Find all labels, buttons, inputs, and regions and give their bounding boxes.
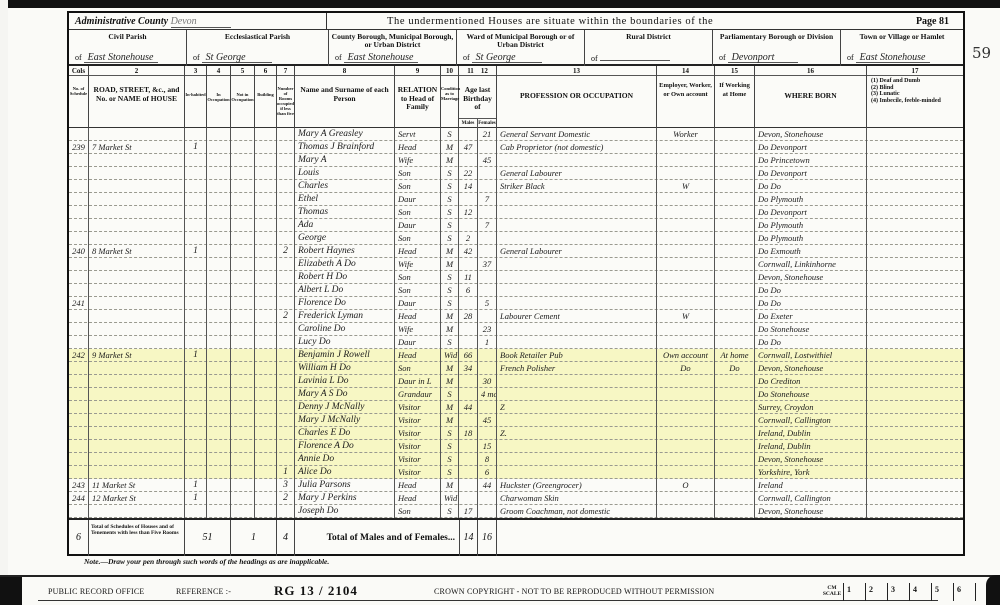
division-value: East Stonehouse xyxy=(84,54,158,63)
address: 8 Market St xyxy=(89,245,185,258)
col-label: Name and Surname of each Person xyxy=(295,76,394,103)
rooms-count xyxy=(277,154,295,167)
rooms-count: 2 xyxy=(277,245,295,258)
inhabited-count xyxy=(185,206,207,219)
uninhabited-unoccupied xyxy=(231,232,255,245)
address xyxy=(89,375,185,388)
marital-condition: S xyxy=(441,453,459,466)
marital-condition: Wid xyxy=(441,492,459,505)
birthplace: Devon, Stonehouse xyxy=(755,362,867,375)
marital-condition: S xyxy=(441,284,459,297)
address xyxy=(89,440,185,453)
working-at-home xyxy=(715,388,755,401)
employment-status: W xyxy=(657,310,715,323)
of-label: of xyxy=(847,53,854,62)
birthplace: Ireland, Dublin xyxy=(755,427,867,440)
division-value: East Stonehouse xyxy=(856,54,930,63)
age-female xyxy=(478,401,497,414)
occupation: Cab Proprietor (not domestic) xyxy=(497,141,657,154)
col-number-females: 12 xyxy=(481,67,488,75)
col-occupation: 13PROFESSION OR OCCUPATION xyxy=(497,66,657,128)
age-male xyxy=(459,479,478,492)
age-female: 45 xyxy=(478,414,497,427)
building xyxy=(255,349,277,362)
col-number: 14 xyxy=(657,66,714,76)
census-entry-row: LouisSonS22General LabourerDo Devonport xyxy=(69,167,963,180)
relation: Head xyxy=(395,479,441,492)
age-male xyxy=(459,440,478,453)
marital-condition: S xyxy=(441,193,459,206)
col-relation: 9RELATION to Head of Family xyxy=(395,66,441,128)
scale-mark: 4 xyxy=(909,583,931,601)
rooms-count xyxy=(277,258,295,271)
schedule-number xyxy=(69,388,89,401)
age-female: 8 xyxy=(478,453,497,466)
birthplace: Cornwall, Lostwithiel xyxy=(755,349,867,362)
infirmity xyxy=(867,336,963,349)
census-entry-row: Lavinia L DoDaur in LM30Do Crediton xyxy=(69,375,963,388)
total-schedules-label: Total of Schedules of Houses and of Tene… xyxy=(89,520,185,556)
address xyxy=(89,284,185,297)
age-male xyxy=(459,219,478,232)
age-male xyxy=(459,375,478,388)
headings-note: Note.—Draw your pen through such words o… xyxy=(84,557,329,566)
census-entry-row: Mary J McNallyVisitorM45Cornwall, Callin… xyxy=(69,414,963,427)
infirmity xyxy=(867,167,963,180)
building xyxy=(255,427,277,440)
address xyxy=(89,323,185,336)
marital-condition: S xyxy=(441,440,459,453)
schedule-number xyxy=(69,206,89,219)
uninhabited-occupied xyxy=(207,492,231,505)
working-at-home xyxy=(715,232,755,245)
col-number: 6 xyxy=(255,66,276,76)
schedule-number xyxy=(69,180,89,193)
marital-condition: S xyxy=(441,180,459,193)
infirmity xyxy=(867,362,963,375)
birthplace: Do Do xyxy=(755,336,867,349)
person-name: William H Do xyxy=(295,362,395,375)
relation: Visitor xyxy=(395,453,441,466)
occupation xyxy=(497,323,657,336)
schedule-number xyxy=(69,466,89,479)
col-label: Age last Birthday of xyxy=(459,76,496,112)
marital-condition: S xyxy=(441,336,459,349)
age-female: 6 xyxy=(478,466,497,479)
age-male xyxy=(459,414,478,427)
building xyxy=(255,453,277,466)
census-entry-row: Mary A GreasleyServtS21General Servant D… xyxy=(69,128,963,141)
employment-status xyxy=(657,375,715,388)
schedule-number xyxy=(69,401,89,414)
person-name: Robert Haynes xyxy=(295,245,395,258)
occupation xyxy=(497,388,657,401)
age-female xyxy=(478,232,497,245)
birthplace: Do Do xyxy=(755,180,867,193)
census-entry-row: Caroline DoWifeM23Do Stonehouse xyxy=(69,323,963,336)
birthplace: Do Stonehouse xyxy=(755,388,867,401)
building xyxy=(255,297,277,310)
person-name: Ethel xyxy=(295,193,395,206)
building xyxy=(255,505,277,518)
division-value: St George xyxy=(472,54,542,63)
col-number: 4 xyxy=(207,66,230,76)
division-title: Parliamentary Borough or Division xyxy=(720,32,833,41)
address: 12 Market St xyxy=(89,492,185,505)
birthplace: Cornwall, Linkinhorne xyxy=(755,258,867,271)
building xyxy=(255,375,277,388)
scale-mark: 2 xyxy=(865,583,887,601)
marital-condition: M xyxy=(441,323,459,336)
division-value: Devonport xyxy=(728,54,798,63)
schedule-number xyxy=(69,258,89,271)
relation: Son xyxy=(395,167,441,180)
cm-scale-label: CM SCALE xyxy=(821,583,843,601)
occupation xyxy=(497,284,657,297)
person-name: Thomas J Brainford xyxy=(295,141,395,154)
inhabited-count xyxy=(185,180,207,193)
address: 9 Market St xyxy=(89,349,185,362)
inhabited-count xyxy=(185,232,207,245)
division-county-borough: County Borough, Municipal Borough, or Ur… xyxy=(329,30,457,66)
employment-status xyxy=(657,232,715,245)
uninhabited-unoccupied xyxy=(231,362,255,375)
col-number: 10 xyxy=(441,66,458,76)
scale-mark: 6 xyxy=(953,583,975,601)
employment-status xyxy=(657,297,715,310)
building xyxy=(255,323,277,336)
infirmity-item: (4) Imbecile, feeble-minded xyxy=(871,98,959,105)
inhabited-count: 1 xyxy=(185,245,207,258)
census-sheet: Administrative County Devon The undermen… xyxy=(67,11,965,556)
employment-status xyxy=(657,336,715,349)
col-number: 5 xyxy=(231,66,254,76)
marital-condition: M xyxy=(441,258,459,271)
division-civil-parish: Civil Parish of East Stonehouse xyxy=(69,30,187,66)
col-rooms: 7Number of Rooms occupied if less than f… xyxy=(277,66,295,128)
infirmity xyxy=(867,388,963,401)
age-male: 17 xyxy=(459,505,478,518)
col-label: In Occupation xyxy=(207,76,230,102)
inhabited-count xyxy=(185,310,207,323)
person-name: Lavinia L Do xyxy=(295,375,395,388)
uninhabited-unoccupied xyxy=(231,297,255,310)
age-female: 44 xyxy=(478,479,497,492)
schedule-number xyxy=(69,453,89,466)
working-at-home xyxy=(715,310,755,323)
relation: Son xyxy=(395,271,441,284)
working-at-home xyxy=(715,193,755,206)
person-name: Caroline Do xyxy=(295,323,395,336)
rooms-count xyxy=(277,440,295,453)
age-female: 21 xyxy=(478,128,497,141)
reference-label: REFERENCE :- xyxy=(176,587,231,596)
age-male: 6 xyxy=(459,284,478,297)
age-female xyxy=(478,492,497,505)
birthplace: Do Do xyxy=(755,284,867,297)
schedule-number xyxy=(69,414,89,427)
relation: Visitor xyxy=(395,466,441,479)
col-age: 11 12 Age last Birthday of MalesFemales xyxy=(459,66,497,128)
address xyxy=(89,466,185,479)
infirmity xyxy=(867,271,963,284)
rooms-count: 2 xyxy=(277,492,295,505)
census-entry-row: Lucy DoDaurS1Do Do xyxy=(69,336,963,349)
rooms-count xyxy=(277,505,295,518)
working-at-home xyxy=(715,219,755,232)
col-label: Building xyxy=(255,76,276,97)
person-name: Mary J McNally xyxy=(295,414,395,427)
infirmity xyxy=(867,310,963,323)
building xyxy=(255,401,277,414)
marital-condition: S xyxy=(441,232,459,245)
total-inhabited: 51 xyxy=(185,520,231,556)
col-number: 17 xyxy=(867,66,963,76)
census-entry-row: Charles E DoVisitorS18Z.Ireland, Dublin xyxy=(69,427,963,440)
col-address: 2ROAD, STREET, &c., and No. or NAME of H… xyxy=(89,66,185,128)
rooms-count xyxy=(277,349,295,362)
division-title: County Borough, Municipal Borough, or Ur… xyxy=(332,32,454,49)
total-persons-label: Total of Males and of Females... xyxy=(295,520,459,556)
employment-status: W xyxy=(657,180,715,193)
occupation: Striker Black xyxy=(497,180,657,193)
inhabited-count xyxy=(185,505,207,518)
employment-status: Own account xyxy=(657,349,715,362)
building xyxy=(255,258,277,271)
col-label: PROFESSION OR OCCUPATION xyxy=(497,76,656,101)
relation: Son xyxy=(395,362,441,375)
uninhabited-unoccupied xyxy=(231,492,255,505)
age-female: 30 xyxy=(478,375,497,388)
age-male: 28 xyxy=(459,310,478,323)
age-female: 7 xyxy=(478,219,497,232)
rooms-count xyxy=(277,388,295,401)
census-entry-row: AdaDaurS7Do Plymouth xyxy=(69,219,963,232)
occupation xyxy=(497,414,657,427)
age-female: 5 xyxy=(478,297,497,310)
address xyxy=(89,336,185,349)
marital-condition: S xyxy=(441,128,459,141)
rooms-count xyxy=(277,180,295,193)
column-headers: ColsNo. of Schedule 2ROAD, STREET, &c., … xyxy=(69,66,963,128)
rooms-count xyxy=(277,427,295,440)
working-at-home xyxy=(715,323,755,336)
division-value: East Stonehouse xyxy=(344,54,418,63)
person-name: Albert L Do xyxy=(295,284,395,297)
col-at-home: 15If Working at Home xyxy=(715,66,755,128)
employment-status xyxy=(657,284,715,297)
birthplace: Do Plymouth xyxy=(755,193,867,206)
uninhabited-occupied xyxy=(207,258,231,271)
of-label: of xyxy=(335,53,342,62)
building xyxy=(255,336,277,349)
division-title: Ecclesiastical Parish xyxy=(225,32,290,41)
schedule-number xyxy=(69,375,89,388)
occupation: General Servant Domestic xyxy=(497,128,657,141)
occupation xyxy=(497,154,657,167)
age-female: 23 xyxy=(478,323,497,336)
age-female: 15 xyxy=(478,440,497,453)
inhabited-count xyxy=(185,323,207,336)
schedule-number xyxy=(69,440,89,453)
schedule-number xyxy=(69,310,89,323)
schedule-number xyxy=(69,128,89,141)
census-entry-row: 241Florence DoDaurS5Do Do xyxy=(69,297,963,310)
building xyxy=(255,362,277,375)
administrative-county: Administrative County Devon xyxy=(69,13,327,30)
building xyxy=(255,388,277,401)
person-name: Florence A Do xyxy=(295,440,395,453)
census-page: 59 Administrative County Devon The under… xyxy=(0,0,1000,605)
inhabited-count: 1 xyxy=(185,479,207,492)
marital-condition: S xyxy=(441,271,459,284)
person-name: Lucy Do xyxy=(295,336,395,349)
header-top-row: Administrative County Devon The undermen… xyxy=(69,13,963,30)
uninhabited-unoccupied xyxy=(231,206,255,219)
infirmity-list: (1) Deaf and Dumb (2) Blind (3) Lunatic … xyxy=(867,76,963,106)
age-female xyxy=(478,284,497,297)
uninhabited-occupied xyxy=(207,180,231,193)
schedule-number xyxy=(69,167,89,180)
infirmity xyxy=(867,245,963,258)
person-name: Thomas xyxy=(295,206,395,219)
uninhabited-occupied xyxy=(207,193,231,206)
rooms-count xyxy=(277,414,295,427)
of-label: of xyxy=(463,53,470,62)
age-male xyxy=(459,492,478,505)
division-title: Town or Village or Hamlet xyxy=(860,32,945,41)
building xyxy=(255,128,277,141)
occupation: General Labourer xyxy=(497,245,657,258)
employment-status xyxy=(657,206,715,219)
census-entry-row: ThomasSonS12Do Devonport xyxy=(69,206,963,219)
schedule-number xyxy=(69,232,89,245)
age-male: 42 xyxy=(459,245,478,258)
relation: Head xyxy=(395,492,441,505)
working-at-home xyxy=(715,414,755,427)
rooms-count xyxy=(277,141,295,154)
col-name: 8Name and Surname of each Person xyxy=(295,66,395,128)
working-at-home xyxy=(715,245,755,258)
infirmity xyxy=(867,466,963,479)
schedule-number xyxy=(69,427,89,440)
of-label: of xyxy=(719,53,726,62)
age-male xyxy=(459,453,478,466)
reference-number: RG 13 / 2104 xyxy=(274,583,358,599)
uninhabited-unoccupied xyxy=(231,453,255,466)
occupation: French Polisher xyxy=(497,362,657,375)
uninhabited-unoccupied xyxy=(231,245,255,258)
birthplace: Do Plymouth xyxy=(755,232,867,245)
inhabited-count xyxy=(185,258,207,271)
building xyxy=(255,245,277,258)
census-entry-row: 2408 Market St12Robert HaynesHeadM42Gene… xyxy=(69,245,963,258)
marital-condition: M xyxy=(441,245,459,258)
working-at-home xyxy=(715,128,755,141)
marital-condition: M xyxy=(441,141,459,154)
birthplace: Ireland xyxy=(755,479,867,492)
infirmity xyxy=(867,193,963,206)
infirmity xyxy=(867,375,963,388)
occupation xyxy=(497,193,657,206)
building xyxy=(255,440,277,453)
rooms-count xyxy=(277,219,295,232)
census-entry-row: GeorgeSonS2Do Plymouth xyxy=(69,232,963,245)
age-female xyxy=(478,310,497,323)
age-female xyxy=(478,141,497,154)
col-number: 2 xyxy=(89,66,184,76)
col-label: If Working at Home xyxy=(715,76,754,99)
address xyxy=(89,180,185,193)
rooms-count xyxy=(277,453,295,466)
administrative-county-label: Administrative County xyxy=(75,16,168,27)
header-divisions: Civil Parish of East Stonehouse Ecclesia… xyxy=(69,30,963,66)
person-name: Frederick Lyman xyxy=(295,310,395,323)
schedule-number: 244 xyxy=(69,492,89,505)
age-female xyxy=(478,206,497,219)
uninhabited-occupied xyxy=(207,388,231,401)
employment-status: Worker xyxy=(657,128,715,141)
col-number: 3 xyxy=(185,66,206,76)
person-name: Annie Do xyxy=(295,453,395,466)
schedule-number xyxy=(69,219,89,232)
birthplace: Ireland, Dublin xyxy=(755,440,867,453)
uninhabited-occupied xyxy=(207,154,231,167)
uninhabited-unoccupied xyxy=(231,440,255,453)
person-name: Mary J Perkins xyxy=(295,492,395,505)
birthplace: Yorkshire, York xyxy=(755,466,867,479)
occupation xyxy=(497,271,657,284)
address xyxy=(89,206,185,219)
inhabited-count xyxy=(185,271,207,284)
division-value: St George xyxy=(202,54,272,63)
infirmity xyxy=(867,440,963,453)
uninhabited-unoccupied xyxy=(231,336,255,349)
person-name: Florence Do xyxy=(295,297,395,310)
working-at-home xyxy=(715,479,755,492)
division-rural-district: Rural District of xyxy=(585,30,713,66)
uninhabited-occupied xyxy=(207,453,231,466)
rooms-count: 2 xyxy=(277,310,295,323)
copyright-notice: CROWN COPYRIGHT - NOT TO BE REPRODUCED W… xyxy=(434,587,714,596)
occupation: Huckster (Greengrocer) xyxy=(497,479,657,492)
age-male xyxy=(459,336,478,349)
person-name: Mary A S Do xyxy=(295,388,395,401)
division-title: Rural District xyxy=(626,32,671,41)
col-label: Number of Rooms occupied if less than fi… xyxy=(277,76,294,116)
infirmity xyxy=(867,349,963,362)
uninhabited-unoccupied xyxy=(231,466,255,479)
scale-mark: 5 xyxy=(931,583,953,601)
inhabited-count xyxy=(185,440,207,453)
rooms-count xyxy=(277,206,295,219)
census-entry-row: Robert H DoSonS11Devon, Stonehouse xyxy=(69,271,963,284)
col-inhabited: 3In-habited xyxy=(185,66,207,128)
birthplace: Do Crediton xyxy=(755,375,867,388)
age-male xyxy=(459,466,478,479)
total-rooms: 4 xyxy=(277,520,295,556)
uninhabited-occupied xyxy=(207,206,231,219)
birthplace: Do Exmouth xyxy=(755,245,867,258)
employment-status xyxy=(657,427,715,440)
working-at-home xyxy=(715,258,755,271)
uninhabited-occupied xyxy=(207,284,231,297)
census-entry-row: 2Frederick LymanHeadM28Labourer CementWD… xyxy=(69,310,963,323)
address xyxy=(89,167,185,180)
uninhabited-occupied xyxy=(207,362,231,375)
rooms-count xyxy=(277,284,295,297)
public-record-office: PUBLIC RECORD OFFICE xyxy=(48,587,144,596)
